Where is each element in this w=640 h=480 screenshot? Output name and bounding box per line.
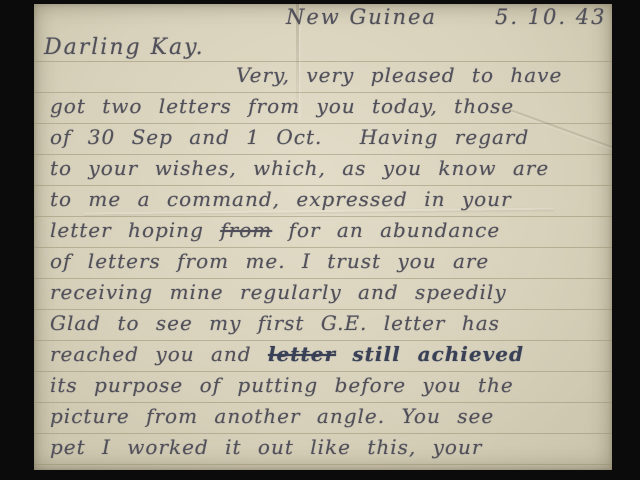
scan-viewport: New Guinea 5. 10. 43 Darling Kay. Very, …	[0, 0, 640, 480]
struck-word: letter	[268, 342, 336, 366]
letter-text: to me a command, expressed in your	[50, 187, 512, 211]
letter-text: got two letters from you today, those	[50, 94, 514, 118]
letter-line: of 30 Sep and 1 Oct. Having regard	[50, 122, 608, 153]
struck-word: from	[220, 218, 272, 242]
letter-line: Glad to see my first G.E. letter has	[50, 308, 608, 339]
letter-text: Very, very pleased to have	[236, 63, 562, 87]
letter-line: got two letters from you today, those	[50, 91, 608, 122]
letter-line: letter hoping from for an abundance	[50, 215, 608, 246]
letter-text: pet I worked it out like this, your	[50, 435, 482, 459]
letter-text: picture from another angle. You see	[50, 404, 494, 428]
letter-line: pet I worked it out like this, your	[50, 432, 608, 463]
letter-text: its purpose of putting before you the	[50, 373, 514, 397]
letter-dateline: New Guinea 5. 10. 43	[286, 5, 606, 29]
letter-text: to your wishes, which, as you know are	[50, 156, 549, 180]
letter-salutation: Darling Kay.	[44, 35, 205, 60]
letter-line: to your wishes, which, as you know are	[50, 153, 608, 184]
letter-text: of 30 Sep and 1 Oct. Having regard	[50, 125, 529, 149]
letter-line: to me a command, expressed in your	[50, 184, 608, 215]
letter-text: of letters from me. I trust you are	[50, 249, 489, 273]
dateline-date: 5. 10. 43	[495, 5, 607, 29]
letter-line: of letters from me. I trust you are	[50, 246, 608, 277]
letter-line: its purpose of putting before you the	[50, 370, 608, 401]
letter-text: reached you and	[50, 342, 268, 366]
letter-text: still achieved	[352, 342, 524, 366]
letter-line: picture from another angle. You see	[50, 401, 608, 432]
letter-line: receiving mine regularly and speedily	[50, 277, 608, 308]
letter-page: New Guinea 5. 10. 43 Darling Kay. Very, …	[34, 4, 612, 470]
dateline-place: New Guinea	[286, 5, 437, 29]
letter-text: letter hoping	[50, 218, 220, 242]
letter-text: Glad to see my first G.E. letter has	[50, 311, 500, 335]
letter-text: receiving mine regularly and speedily	[50, 280, 507, 304]
letter-text	[336, 342, 352, 366]
letter-line: reached you and letter still achieved	[50, 339, 608, 370]
letter-body: Very, very pleased to havegot two letter…	[50, 60, 608, 463]
letter-line: Very, very pleased to have	[50, 60, 608, 91]
letter-text: for an abundance	[272, 218, 500, 242]
